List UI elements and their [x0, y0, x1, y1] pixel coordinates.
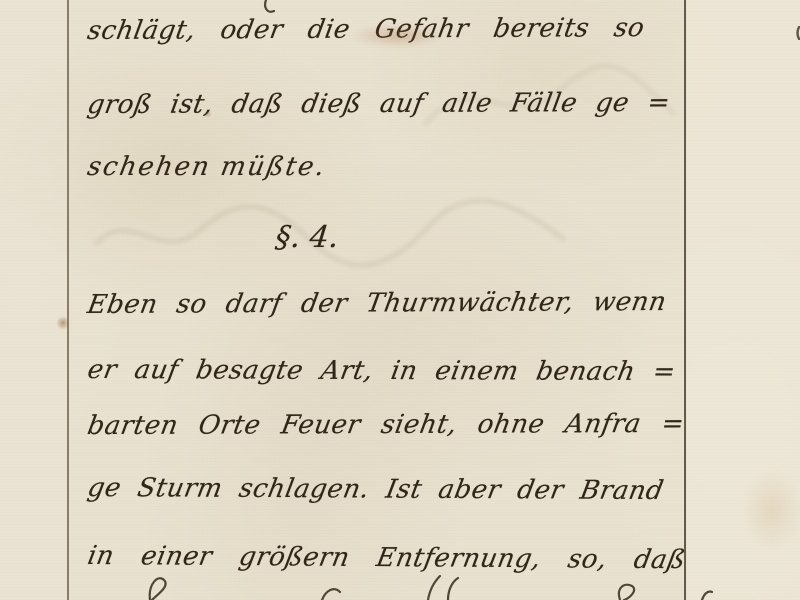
left-margin-area	[0, 0, 67, 600]
manuscript-page: schlägt, oder die Gefahr bereits so groß…	[0, 0, 800, 600]
right-margin-rule-line	[684, 0, 686, 600]
manuscript-line: er auf besagte Art, in einem benach =	[85, 355, 678, 388]
manuscript-line: groß ist, daß dieß auf alle Fälle ge =	[85, 88, 673, 121]
manuscript-line: schehen müßte.	[85, 152, 350, 183]
manuscript-line: in einer größern Entfernung, so, daß	[85, 541, 688, 576]
manuscript-line: barten Orte Feuer sieht, ohne Anfra =	[85, 409, 687, 442]
manuscript-line: schlägt, oder die Gefahr bereits so	[85, 13, 647, 47]
section-heading: §. 4.	[250, 221, 364, 255]
right-margin-area	[687, 0, 800, 600]
manuscript-line: Eben so darf der Thurmwächter, wenn	[85, 287, 669, 321]
manuscript-line: ge Sturm schlagen. Ist aber der Brand	[85, 473, 666, 507]
left-margin-rule-line	[67, 0, 69, 600]
